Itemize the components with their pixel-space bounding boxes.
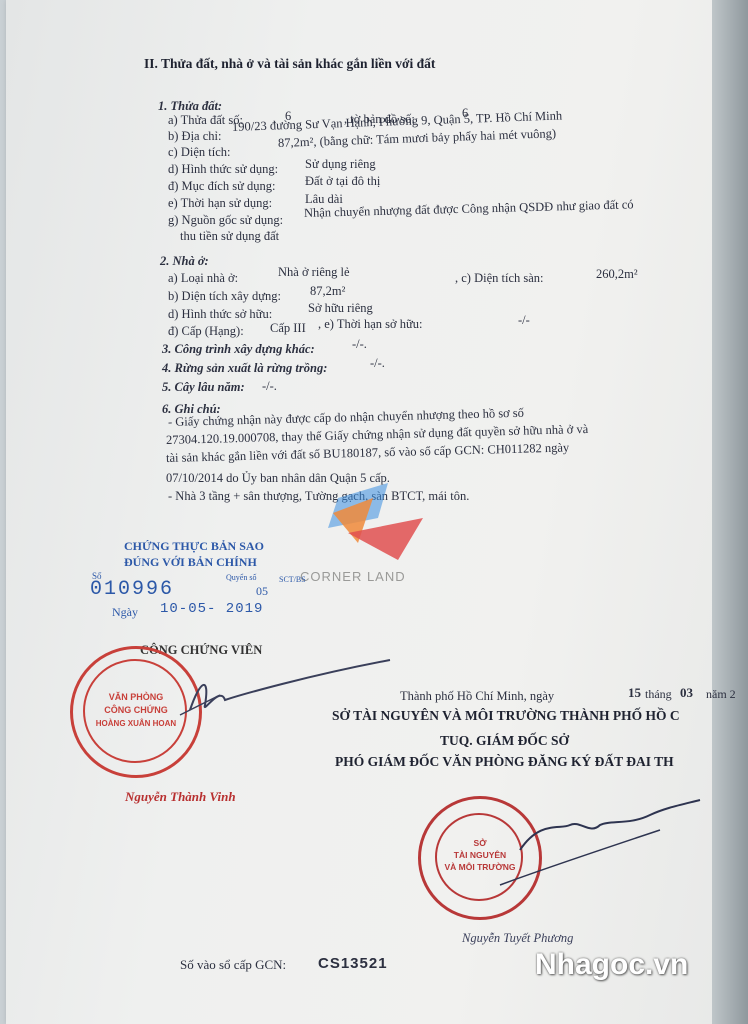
section-title: II. Thửa đất, nhà ở và tài sản khác gắn … [144, 56, 435, 72]
land-term-value: Lâu dài [305, 193, 343, 206]
page-edge [712, 0, 748, 1024]
issuer-month: 03 [680, 686, 693, 699]
corner-land-text: CORNER LAND [300, 570, 406, 583]
corner-land-logo [318, 478, 438, 573]
land-usage-form-label: d) Hình thức sử dụng: [168, 163, 278, 176]
cert-date-label: Ngày [112, 606, 138, 618]
land-heading: 1. Thửa đất: [158, 100, 222, 113]
perennial-value: -/-. [262, 380, 277, 393]
notary-name: Nguyễn Thành Vinh [125, 790, 236, 803]
cert-quyen-value: 05 [256, 585, 268, 597]
land-term-label: e) Thời hạn sử dụng: [168, 197, 272, 210]
gcn-label: Số vào sổ cấp GCN: [180, 958, 286, 971]
forest-label: 4. Rừng sản xuất là rừng trồng: [162, 362, 327, 375]
house-term-value: -/- [518, 314, 530, 327]
issuer-year-label: năm 2 [706, 688, 736, 700]
house-grade-value: Cấp III [270, 322, 306, 335]
issuer-tuq: TUQ. GIÁM ĐỐC SỞ [440, 733, 569, 749]
house-ownership-value: Sở hữu riêng [308, 302, 373, 315]
cert-quyen-label: Quyển số [226, 574, 256, 582]
perennial-label: 5. Cây lâu năm: [162, 381, 245, 394]
house-build-area-value: 87,2m² [310, 285, 345, 298]
issuer-signer-name: Nguyễn Tuyết Phương [462, 932, 573, 945]
house-ownership-label: d) Hình thức sở hữu: [168, 308, 272, 321]
corner-land-logo-icon [318, 478, 438, 568]
forest-value: -/-. [370, 357, 385, 370]
house-type-label: a) Loại nhà ở: [168, 272, 238, 285]
cert-line-2: ĐÚNG VỚI BẢN CHÍNH [124, 556, 257, 568]
house-build-area-label: b) Diện tích xây dựng: [168, 290, 281, 303]
cert-sct-label: SCT/BS [279, 576, 306, 584]
land-origin-label: g) Nguồn gốc sử dụng: [168, 214, 283, 227]
land-address-label: b) Địa chỉ: [168, 130, 221, 143]
house-term-label: , e) Thời hạn sở hữu: [318, 318, 422, 331]
other-construction-value: -/-. [352, 338, 367, 351]
land-usage-form-value: Sử dụng riêng [305, 158, 376, 171]
house-type-value: Nhà ở riêng lẻ [278, 266, 350, 279]
issuer-org: SỞ TÀI NGUYÊN VÀ MÔI TRƯỜNG THÀNH PHỐ HỒ… [332, 708, 680, 724]
house-floor-area-label: , c) Diện tích sàn: [455, 272, 544, 285]
issuer-month-label: tháng [645, 688, 672, 700]
other-construction-label: 3. Công trình xây dựng khác: [162, 343, 315, 356]
issuer-signature [480, 790, 710, 900]
cert-so-value: 010996 [90, 580, 174, 600]
gcn-value: CS13521 [318, 956, 388, 971]
issuer-deputy: PHÓ GIÁM ĐỐC VĂN PHÒNG ĐĂNG KÝ ĐẤT ĐAI T… [335, 754, 674, 770]
house-floor-area-value: 260,2m² [596, 268, 638, 281]
issuer-day: 15 [628, 686, 641, 699]
cert-line-1: CHỨNG THỰC BẢN SAO [124, 540, 264, 552]
land-purpose-value: Đất ở tại đô thị [305, 175, 380, 188]
house-heading: 2. Nhà ở: [160, 255, 209, 268]
house-grade-label: đ) Cấp (Hạng): [168, 325, 244, 338]
nhagoc-watermark: Nhagoc.vn [535, 948, 688, 982]
issuer-date-prefix: Thành phố Hồ Chí Minh, ngày [400, 690, 554, 703]
cert-date-value: 10-05- 2019 [160, 602, 263, 616]
land-purpose-label: đ) Mục đích sử dụng: [168, 180, 275, 193]
land-origin-value-cont: thu tiền sử dụng đất [180, 230, 279, 243]
land-area-label: c) Diện tích: [168, 146, 230, 159]
